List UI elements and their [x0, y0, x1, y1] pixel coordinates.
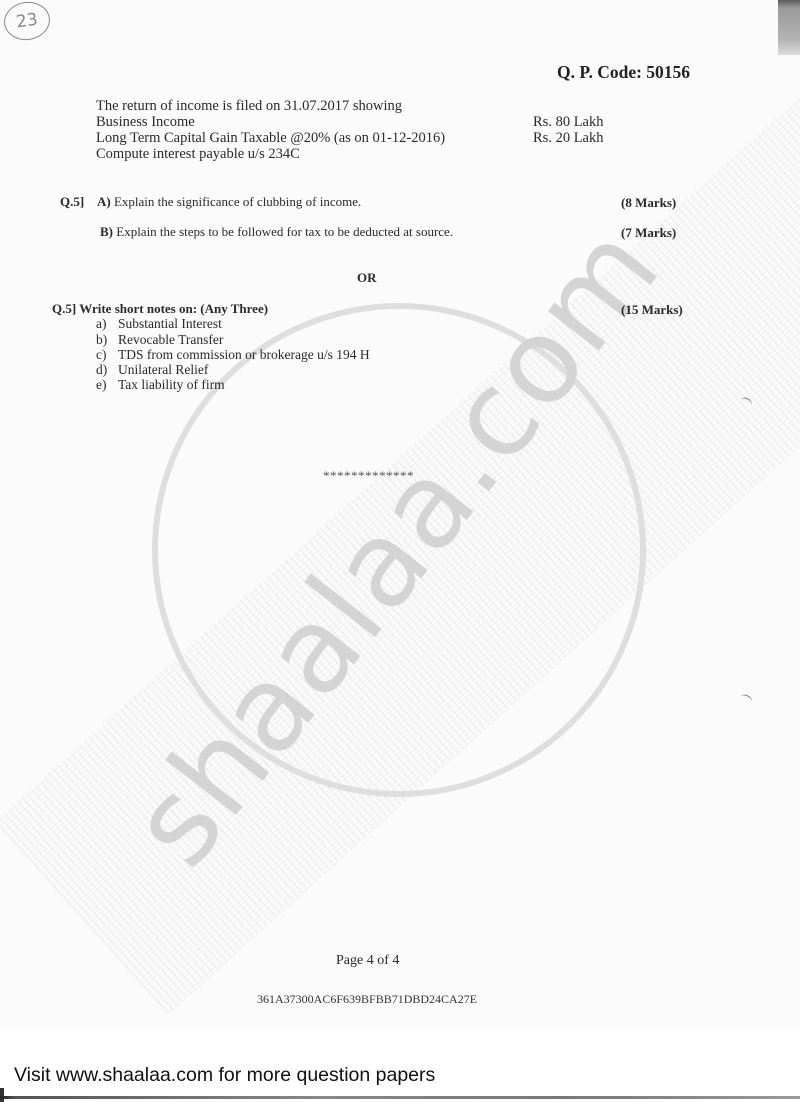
list-item: e)Tax liability of firm [96, 377, 225, 393]
question-number: Q.5] [60, 194, 84, 210]
or-separator: OR [357, 270, 377, 286]
part-text: Explain the significance of clubbing of … [114, 194, 361, 209]
list-item: a)Substantial Interest [96, 316, 222, 332]
problem-intro: The return of income is filed on 31.07.2… [96, 98, 402, 115]
problem-row-label: Long Term Capital Gain Taxable @20% (as … [96, 130, 445, 147]
list-item: c)TDS from commission or brokerage u/s 1… [96, 347, 370, 363]
list-item: d)Unilateral Relief [96, 362, 208, 378]
short-notes-heading: Q.5] Write short notes on: (Any Three) [52, 301, 268, 317]
marks-label: (8 Marks) [621, 195, 676, 211]
marks-label: (7 Marks) [621, 225, 676, 241]
question-part-b: B) Explain the steps to be followed for … [100, 224, 453, 240]
list-item: b)Revocable Transfer [96, 332, 223, 348]
part-text: Explain the steps to be followed for tax… [116, 224, 453, 239]
visit-banner: Visit www.shaalaa.com for more question … [14, 1064, 435, 1087]
bottom-divider [0, 1096, 800, 1099]
part-label: A) [97, 194, 111, 209]
marks-label: (15 Marks) [621, 302, 683, 318]
problem-row-value: Rs. 20 Lakh [533, 130, 603, 147]
scan-edge-mark [0, 1088, 4, 1102]
problem-row-label: Business Income [96, 114, 195, 131]
qp-code: Q. P. Code: 50156 [557, 62, 690, 83]
page-number: Page 4 of 4 [336, 953, 399, 969]
question-part-a: A) Explain the significance of clubbing … [97, 194, 361, 210]
part-label: B) [100, 224, 113, 239]
end-of-paper-marker: ************* [323, 468, 414, 484]
scan-edge-shadow [778, 0, 800, 55]
paper-hash: 361A37300AC6F639BFBB71DBD24CA27E [257, 992, 477, 1007]
problem-instruction: Compute interest payable u/s 234C [96, 146, 300, 163]
problem-row-value: Rs. 80 Lakh [533, 114, 603, 131]
